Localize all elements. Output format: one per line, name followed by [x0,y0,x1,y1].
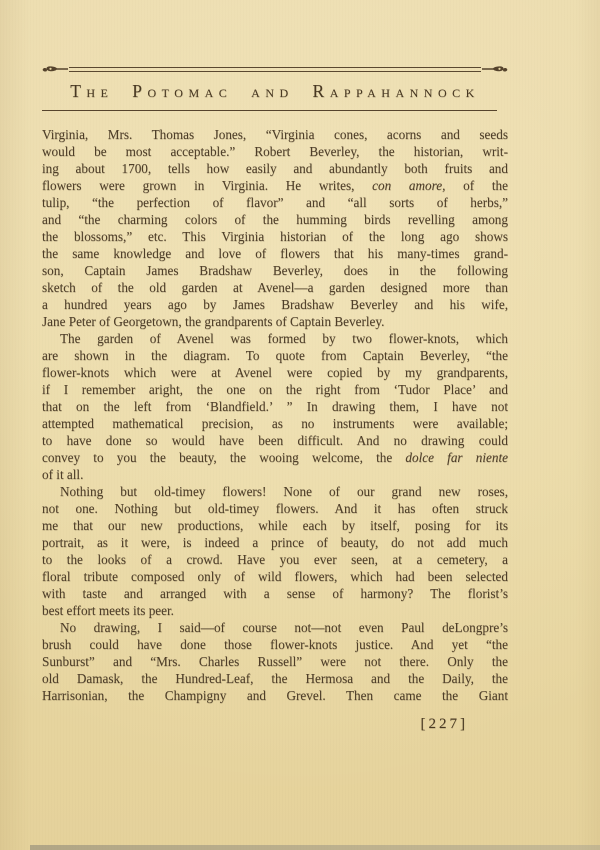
text-line: floral tribute composed only of wild flo… [42,568,508,585]
text-line: me that our new productions, while each … [42,517,508,534]
text-line: not one. Nothing but old-timey flowers. … [42,500,508,517]
text-line: the blossoms,” etc. This Virginia histor… [42,228,508,245]
text-segment: Nothing but old-timey flowers! None of o… [60,484,508,499]
text-line: The garden of Avenel was formed by two f… [42,330,508,347]
header-ornament-rule [42,64,508,74]
text-line: son, Captain James Bradshaw Beverley, do… [42,262,508,279]
text-segment: attempted mathematical precision, as no … [42,416,508,431]
text-line: brush could have done those flower-knots… [42,636,508,653]
text-segment: brush could have done those flower-knots… [42,637,508,652]
header-rule [42,110,497,111]
text-segment: me that our new productions, while each … [42,518,508,533]
text-segment: convey to you the beauty, the wooing wel… [42,450,405,465]
text-segment: if I remember aright, the one on the rig… [42,382,508,397]
scan-edge-shadow [30,845,600,850]
text-segment: are shown in the diagram. To quote from … [42,348,508,363]
text-segment: that on the left from ‘Blandfield.’ ” In… [42,399,508,414]
text-line: old Damask, the Hundred-Leaf, the Hermos… [42,670,508,687]
text-segment: the blossoms,” etc. This Virginia histor… [42,229,508,244]
text-line: Virginia, Mrs. Thomas Jones, “Virginia c… [42,126,508,143]
text-line: the same knowledge and love of flowers t… [42,245,508,262]
page-number: [227] [42,716,508,733]
text-segment: not one. Nothing but old-timey flowers. … [42,501,508,516]
text-segment: son, Captain James Bradshaw Beverley, do… [42,263,508,278]
text-segment: flower-knots which were at Avenel were c… [42,365,508,380]
text-line: flowers were grown in Virginia. He write… [42,177,508,194]
text-line: would be most acceptable.” Robert Beverl… [42,143,508,160]
text-segment: a hundred years ago by James Bradshaw Be… [42,297,508,312]
text-line: portrait, as it were, is indeed a prince… [42,534,508,551]
text-segment: The garden of Avenel was formed by two f… [60,331,508,346]
text-segment: to the looks of a crowd. Have you ever s… [42,552,508,567]
text-line: to the looks of a crowd. Have you ever s… [42,551,508,568]
double-rule [69,67,481,72]
page-content: The Potomac and Rappahannock Virginia, M… [42,64,508,733]
text-line: ing about 1700, tells how easily and abu… [42,160,508,177]
text-segment: Virginia, Mrs. Thomas Jones, “Virginia c… [42,127,508,142]
text-segment: of the [445,178,508,193]
text-line: a hundred years ago by James Bradshaw Be… [42,296,508,313]
text-line: No drawing, I said—of course not—not eve… [42,619,508,636]
text-line: if I remember aright, the one on the rig… [42,381,508,398]
text-line: and “the charming colors of the humming … [42,211,508,228]
text-line: Harrisonian, the Champigny and Grevel. T… [42,687,508,704]
text-segment: Harrisonian, the Champigny and Grevel. T… [42,688,508,703]
italic-phrase: con amore, [372,178,445,193]
italic-phrase: dolce far niente [405,450,508,465]
text-line: Jane Peter of Georgetown, the grandparen… [42,313,508,330]
text-line: Sunburst” and “Mrs. Charles Russell” wer… [42,653,508,670]
text-line: best effort meets its peer. [42,602,508,619]
text-segment: sketch of the old garden at Avenel—a gar… [42,280,508,295]
text-segment: would be most acceptable.” Robert Beverl… [42,144,508,159]
text-segment: portrait, as it were, is indeed a prince… [42,535,508,550]
text-line: tulip, “the perfection of flavor” and “a… [42,194,508,211]
text-segment: of it all. [42,467,83,482]
text-line: to have done so would have been difficul… [42,432,508,449]
text-line: flower-knots which were at Avenel were c… [42,364,508,381]
text-segment: Sunburst” and “Mrs. Charles Russell” wer… [42,654,508,669]
text-segment: ing about 1700, tells how easily and abu… [42,161,508,176]
scroll-flourish-left-icon [42,64,68,74]
text-segment: tulip, “the perfection of flavor” and “a… [42,195,508,210]
text-segment: best effort meets its peer. [42,603,174,618]
text-line: that on the left from ‘Blandfield.’ ” In… [42,398,508,415]
text-line: are shown in the diagram. To quote from … [42,347,508,364]
text-segment: and “the charming colors of the humming … [42,212,508,227]
text-segment: old Damask, the Hundred-Leaf, the Hermos… [42,671,508,686]
body-text: Virginia, Mrs. Thomas Jones, “Virginia c… [42,126,508,704]
page-title: The Potomac and Rappahannock [42,81,508,102]
text-line: sketch of the old garden at Avenel—a gar… [42,279,508,296]
book-page: The Potomac and Rappahannock Virginia, M… [0,0,600,850]
text-segment: with taste and arranged with a sense of … [42,586,508,601]
scroll-flourish-right-icon [482,64,508,74]
text-line: convey to you the beauty, the wooing wel… [42,449,508,466]
text-segment: floral tribute composed only of wild flo… [42,569,508,584]
text-segment: to have done so would have been difficul… [42,433,508,448]
text-segment: flowers were grown in Virginia. He write… [42,178,372,193]
text-line: Nothing but old-timey flowers! None of o… [42,483,508,500]
text-line: attempted mathematical precision, as no … [42,415,508,432]
text-segment: the same knowledge and love of flowers t… [42,246,508,261]
text-segment: Jane Peter of Georgetown, the grandparen… [42,314,384,329]
text-segment: No drawing, I said—of course not—not eve… [60,620,508,635]
text-line: of it all. [42,466,508,483]
text-line: with taste and arranged with a sense of … [42,585,508,602]
